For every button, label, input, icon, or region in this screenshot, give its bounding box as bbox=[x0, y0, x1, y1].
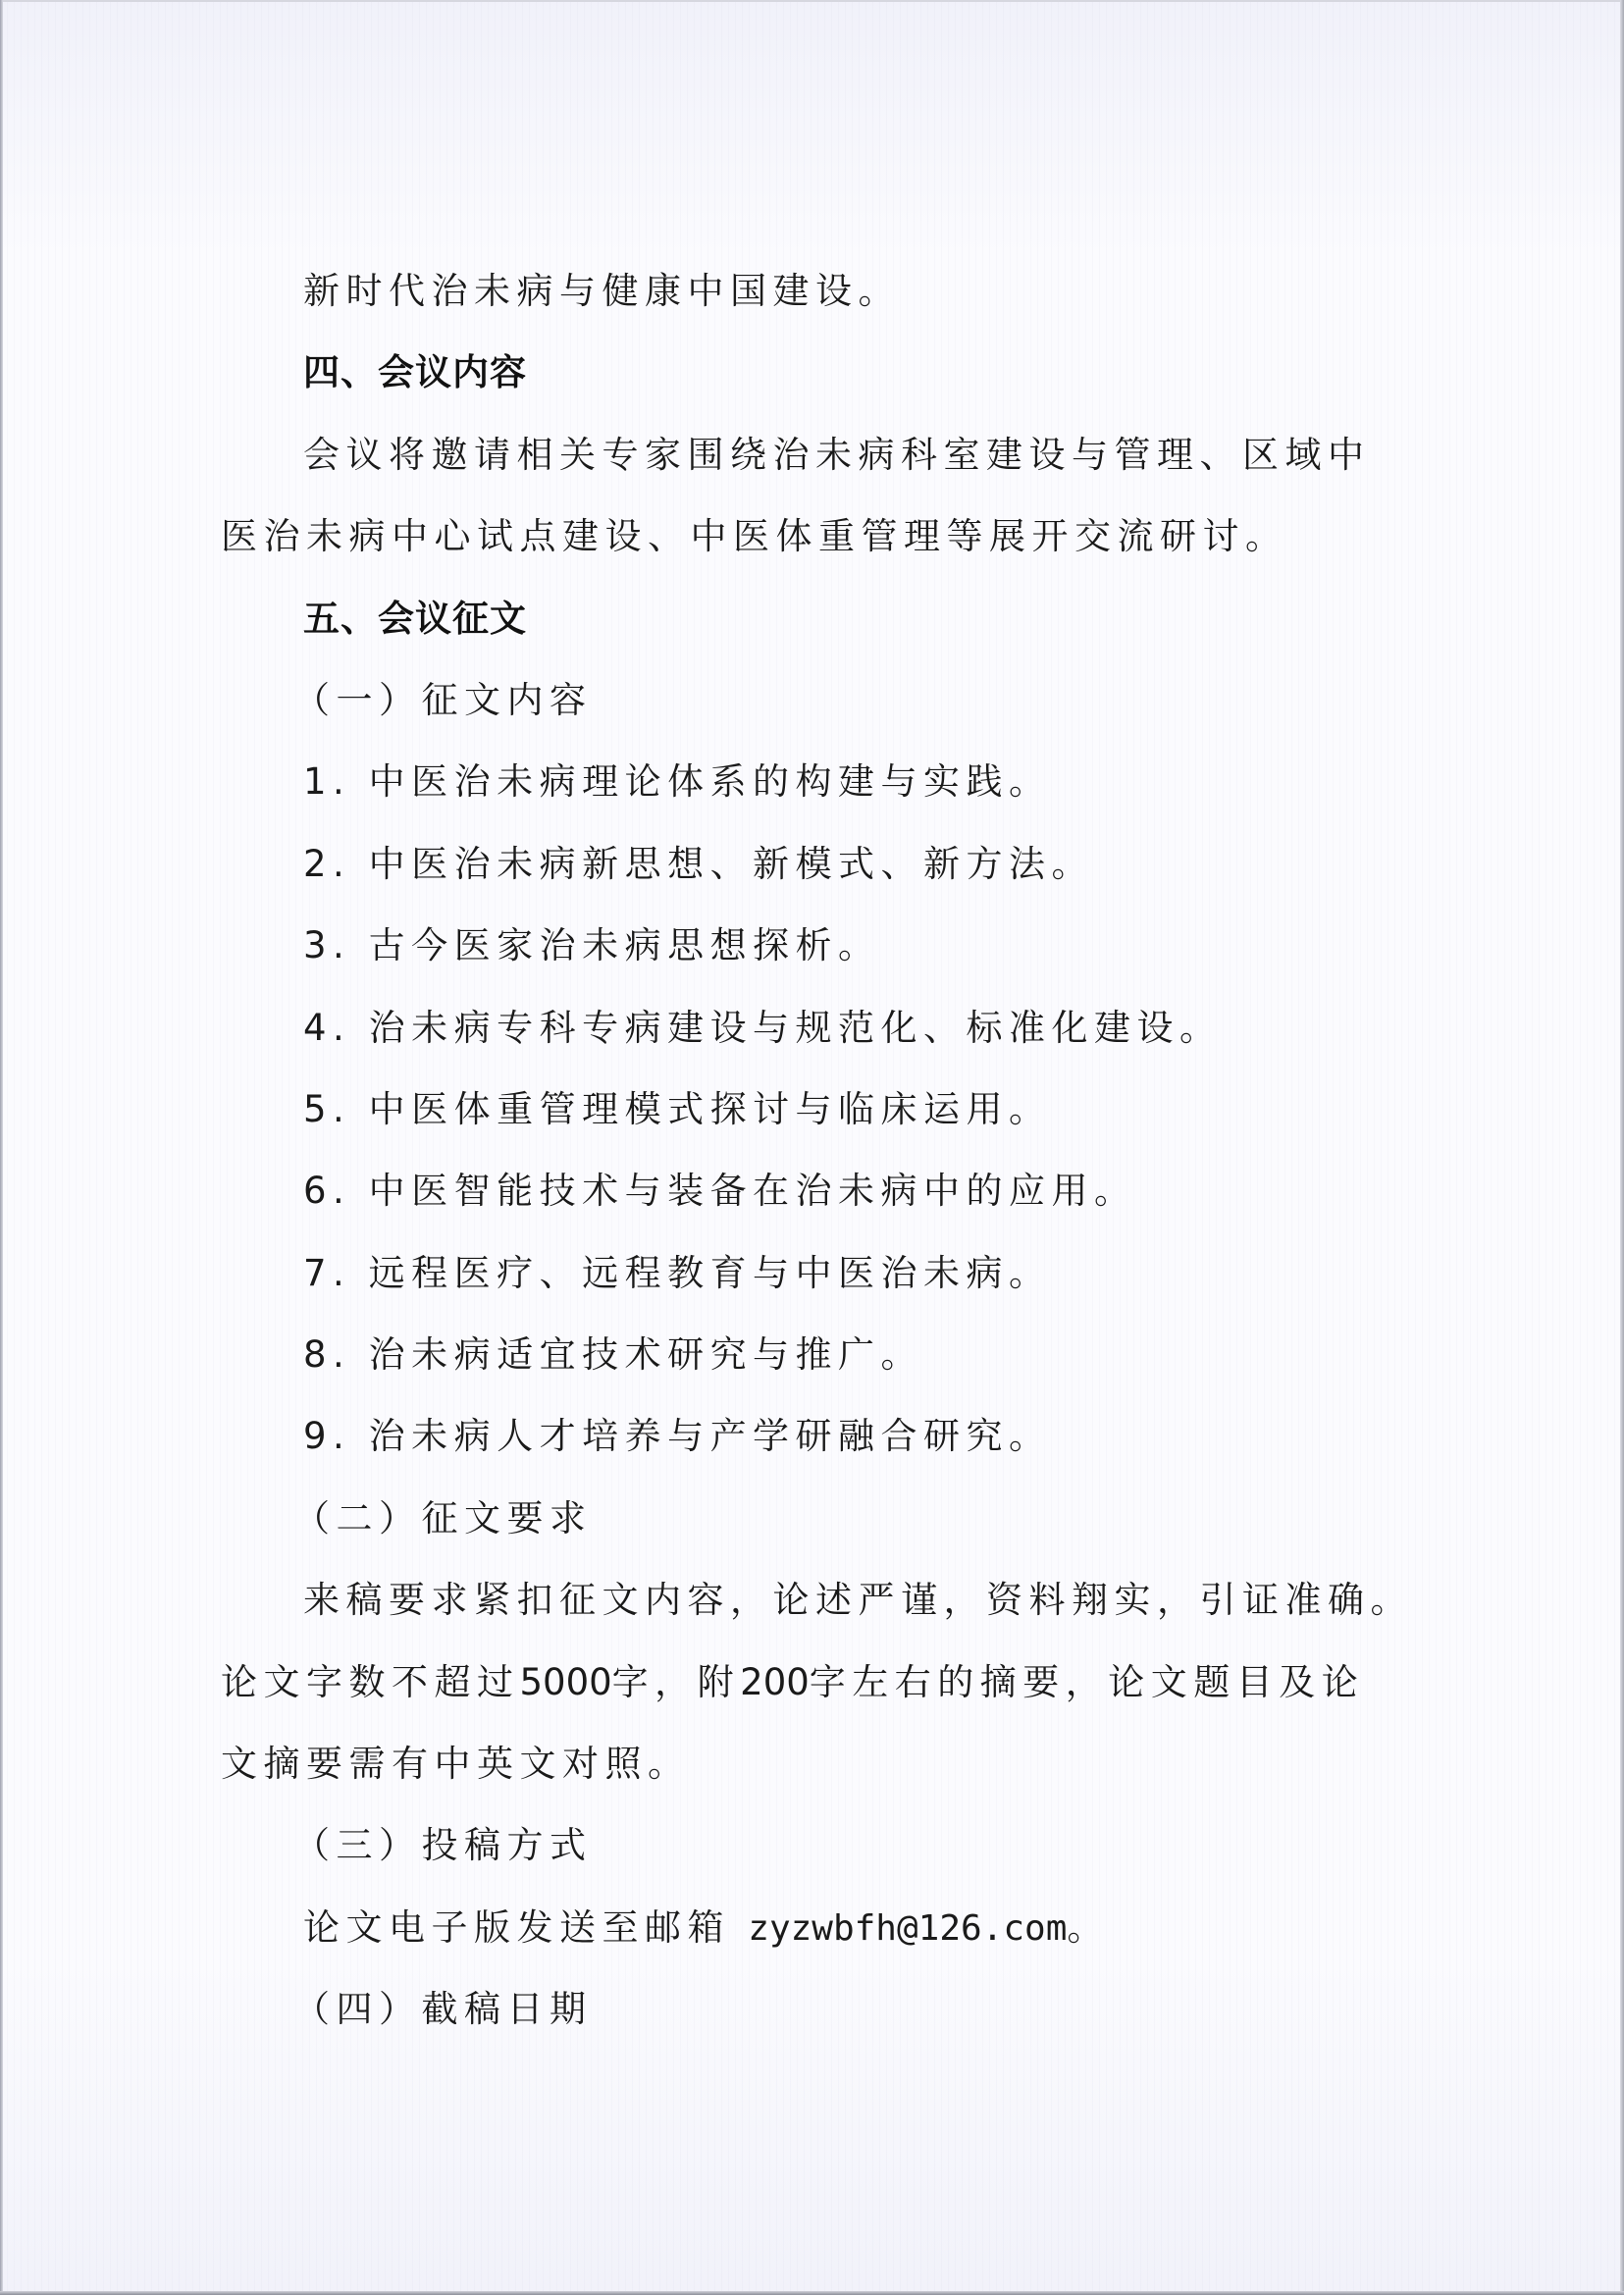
scan-edge-bottom bbox=[0, 2291, 1624, 2295]
text-run: 论文字数不超过 bbox=[221, 1661, 520, 1703]
list-item: 6. 中医智能技术与装备在治未病中的应用。 bbox=[221, 1163, 1423, 1244]
list-item: 1. 中医治未病理论体系的构建与实践。 bbox=[221, 754, 1423, 835]
text-run: 。 bbox=[1067, 1906, 1110, 1949]
abstract-limit-number: 200 bbox=[740, 1661, 810, 1703]
list-item: 7. 远程医疗、远程教育与中医治未病。 bbox=[221, 1245, 1423, 1327]
subsection-3-heading: （三）投稿方式 bbox=[221, 1817, 1423, 1899]
subsection-2-paragraph-line-1: 来稿要求紧扣征文内容，论述严谨，资料翔实，引证准确。 bbox=[221, 1572, 1423, 1653]
list-item: 5. 中医体重管理模式探讨与临床运用。 bbox=[221, 1081, 1423, 1163]
list-item: 2. 中医治未病新思想、新模式、新方法。 bbox=[221, 836, 1423, 917]
scan-edge-top bbox=[0, 0, 1624, 2]
text-run: 字，附 bbox=[612, 1661, 741, 1703]
subsection-1-heading: （一）征文内容 bbox=[221, 672, 1423, 754]
submission-email[interactable]: zyzwbfh@126.com bbox=[748, 1908, 1067, 1949]
section-4-heading: 四、会议内容 bbox=[221, 344, 1423, 426]
text-run: 字左右的摘要，论文题目及论 bbox=[810, 1661, 1365, 1703]
document-page: 新时代治未病与健康中国建设。 四、会议内容 会议将邀请相关专家围绕治未病科室建设… bbox=[221, 263, 1423, 2063]
subsection-2-heading: （二）征文要求 bbox=[221, 1490, 1423, 1572]
list-item: 8. 治未病适宜技术研究与推广。 bbox=[221, 1327, 1423, 1408]
section-4-paragraph-line-1: 会议将邀请相关专家围绕治未病科室建设与管理、区域中 bbox=[221, 427, 1423, 508]
section-5-heading: 五、会议征文 bbox=[221, 591, 1423, 672]
subsection-2-paragraph-line-3: 文摘要需有中英文对照。 bbox=[221, 1736, 1423, 1817]
section-4-paragraph-line-2: 医治未病中心试点建设、中医体重管理等展开交流研讨。 bbox=[221, 508, 1423, 590]
subsection-2-paragraph-line-2: 论文字数不超过5000字，附200字左右的摘要，论文题目及论 bbox=[221, 1654, 1423, 1736]
scan-edge-right bbox=[1620, 0, 1624, 2295]
scan-edge-left bbox=[0, 0, 3, 2295]
list-item: 9. 治未病人才培养与产学研融合研究。 bbox=[221, 1408, 1423, 1489]
subsection-4-heading: （四）截稿日期 bbox=[221, 1981, 1423, 2062]
subsection-3-paragraph: 论文电子版发送至邮箱 zyzwbfh@126.com。 bbox=[221, 1900, 1423, 1981]
continuation-line: 新时代治未病与健康中国建设。 bbox=[221, 263, 1423, 344]
text-run: 论文电子版发送至邮箱 bbox=[303, 1906, 730, 1949]
list-item: 4. 治未病专科专病建设与规范化、标准化建设。 bbox=[221, 1000, 1423, 1081]
list-item: 3. 古今医家治未病思想探析。 bbox=[221, 917, 1423, 999]
word-limit-number: 5000 bbox=[520, 1661, 612, 1703]
